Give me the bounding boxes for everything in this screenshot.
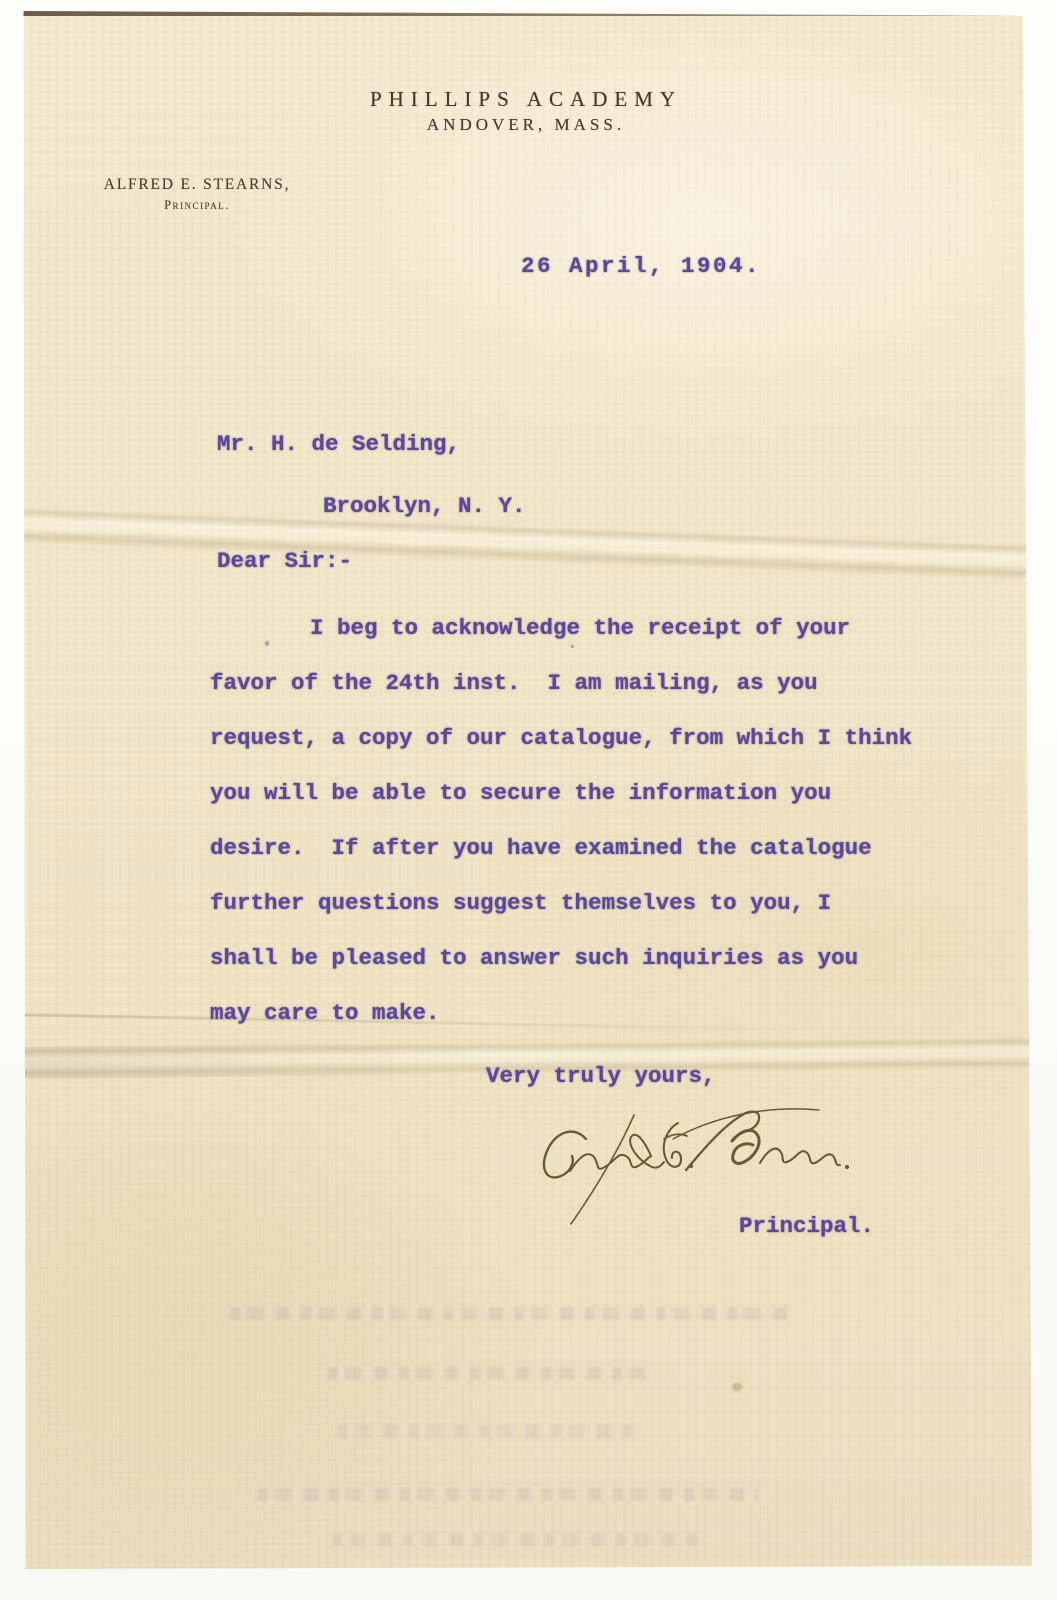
letterhead-school-name: PHILLIPS ACADEMY <box>20 87 1032 112</box>
body-line: favor of the 24th inst. I am mailing, as… <box>210 656 970 711</box>
recipient-name: Mr. H. de Selding, <box>217 431 460 457</box>
signer-title: Principal. <box>739 1213 874 1239</box>
bleed-through-text-line <box>328 1367 648 1380</box>
body-line: further questions suggest themselves to … <box>210 876 970 931</box>
letterhead-principal-title: Principal. <box>86 198 308 213</box>
body-line: I beg to acknowledge the receipt of your <box>210 601 970 656</box>
recipient-city: Brooklyn, N. Y. <box>323 493 526 519</box>
bleed-through-text-line <box>338 1425 638 1438</box>
body-line: shall be pleased to answer such inquirie… <box>210 931 970 986</box>
bleed-through-text-line <box>258 1488 758 1501</box>
letterhead-official-block: ALFRED E. STEARNS, Principal. <box>86 176 308 213</box>
body-line: may care to make. <box>210 986 970 1041</box>
letterhead-principal-name: ALFRED E. STEARNS, <box>86 176 308 194</box>
letter-body: I beg to acknowledge the receipt of your… <box>210 601 970 1041</box>
letterhead-location: ANDOVER, MASS. <box>20 115 1032 135</box>
paper-stain <box>732 1383 742 1391</box>
bleed-through-text-line <box>230 1307 790 1320</box>
scan-background: { "document_type": "scanned typewritten … <box>0 0 1057 1600</box>
bleed-through-text-line <box>332 1533 702 1546</box>
body-line: you will be able to secure the informati… <box>210 766 970 821</box>
body-line: desire. If after you have examined the c… <box>210 821 970 876</box>
salutation: Dear Sir:- <box>217 548 352 574</box>
letter-date: 26 April, 1904. <box>521 253 761 279</box>
body-line: request, a copy of our catalogue, from w… <box>210 711 970 766</box>
letter-paper: PHILLIPS ACADEMY ANDOVER, MASS. ALFRED E… <box>20 11 1032 1569</box>
paper-top-edge-shadow <box>20 11 1026 16</box>
